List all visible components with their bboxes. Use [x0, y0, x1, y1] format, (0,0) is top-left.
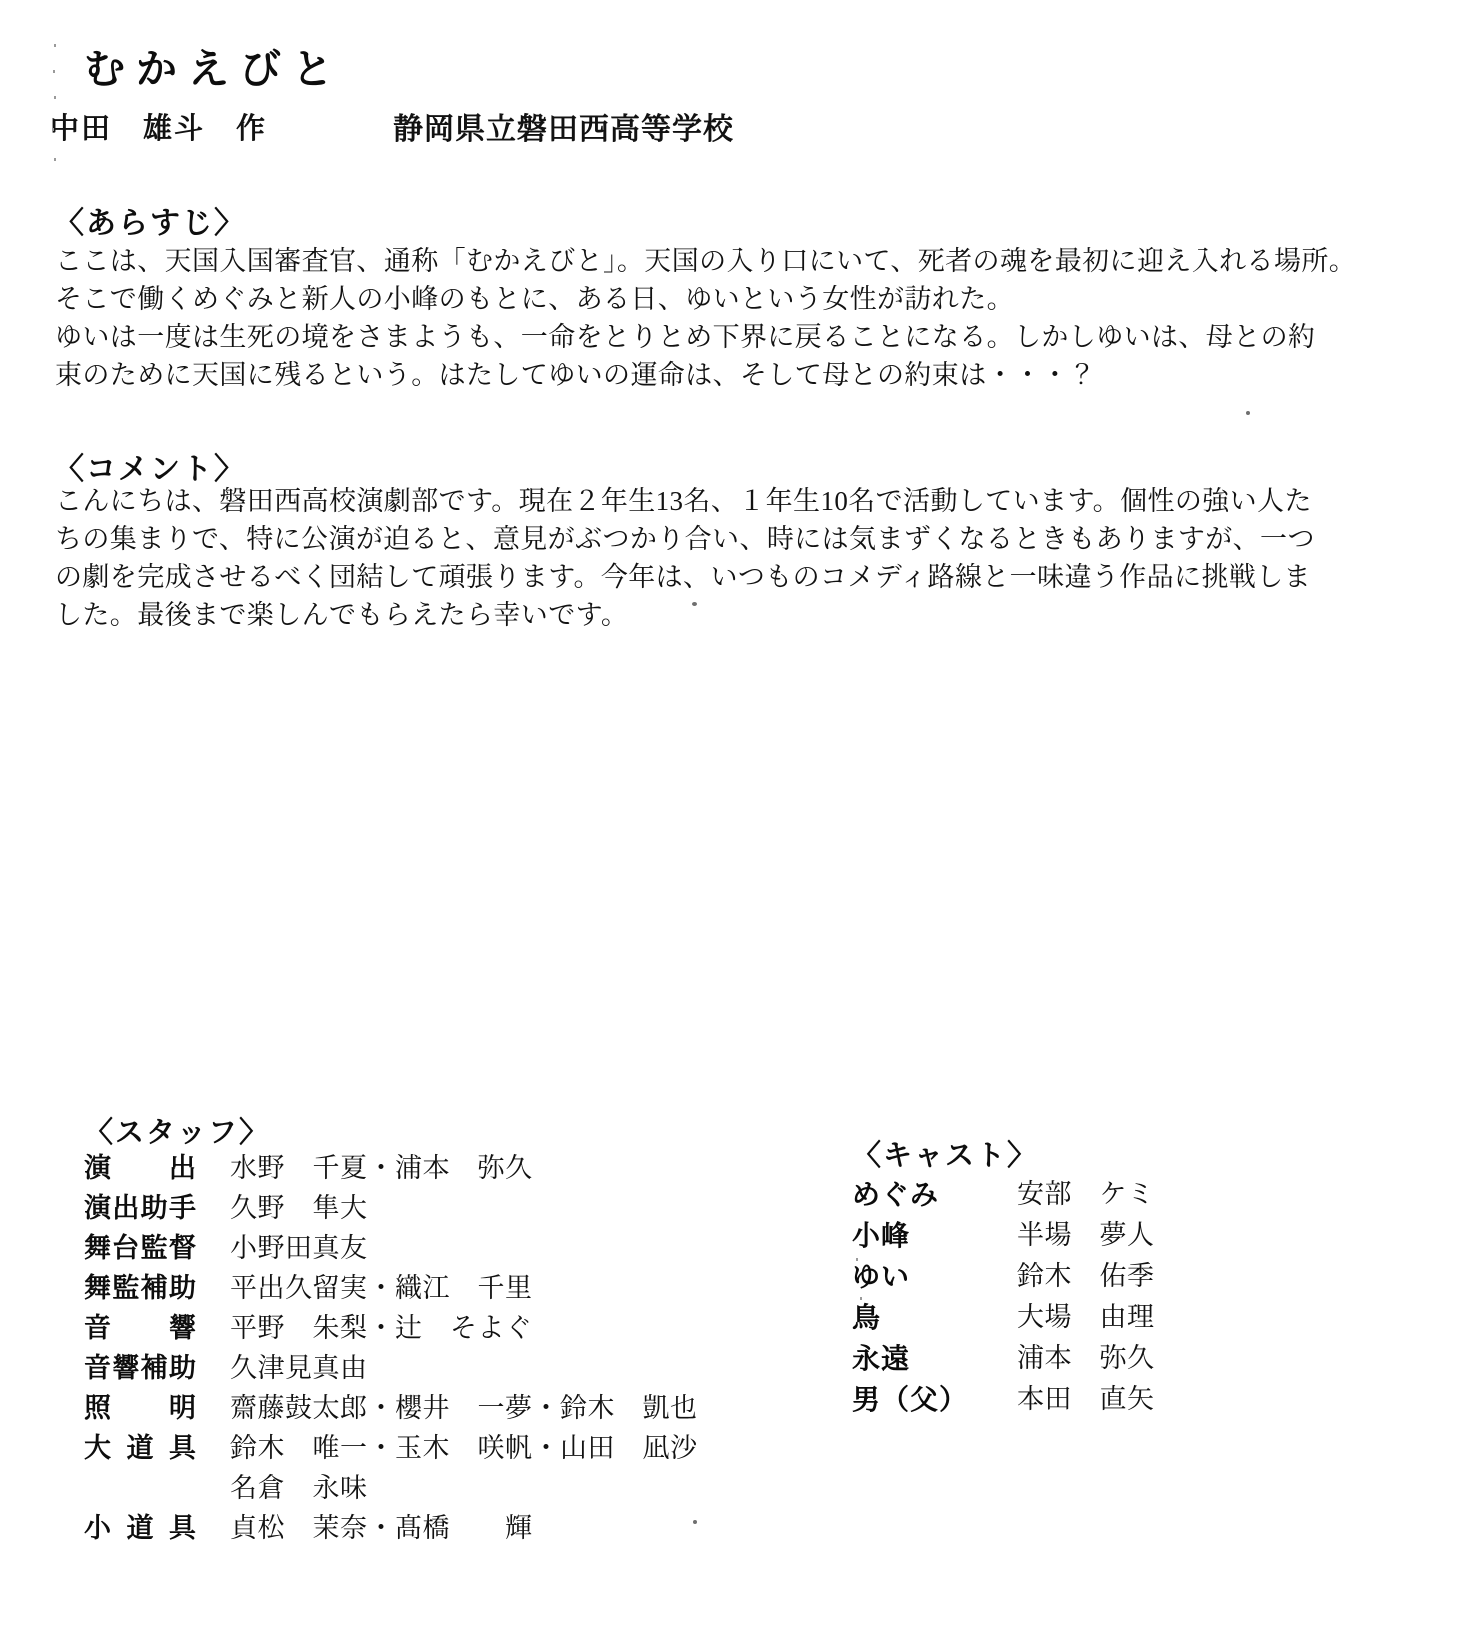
- staff-row: 音響 平野 朱梨・辻 そよぐ: [84, 1308, 698, 1348]
- cast-actor-name: 浦本 弥久: [1017, 1338, 1155, 1379]
- staff-role: 演出: [84, 1148, 196, 1188]
- cast-role: 永遠: [852, 1338, 984, 1379]
- staff-role: 音響: [84, 1308, 196, 1348]
- staff-row-continuation: 名倉 永味: [84, 1468, 698, 1508]
- staff-names: 平出久留実・織江 千里: [230, 1268, 533, 1308]
- cast-row: 鳥 大場 由理: [852, 1297, 1155, 1338]
- cast-row: 小峰 半場 夢人: [852, 1215, 1155, 1256]
- cast-heading: 〈キャスト〉: [852, 1133, 1038, 1174]
- scan-speck: [1246, 411, 1250, 415]
- school-name: 静岡県立磐田西高等学校: [393, 104, 734, 148]
- staff-row: 大道具 鈴木 唯一・玉木 咲帆・山田 凪沙: [84, 1428, 698, 1468]
- cast-actor-name: 本田 直矢: [1017, 1379, 1155, 1420]
- scan-speck: [856, 1258, 858, 1261]
- scan-speck: [693, 1520, 697, 1524]
- cast-actor-name: 鈴木 佑季: [1017, 1256, 1155, 1297]
- scan-speck: [52, 128, 54, 131]
- staff-names: 鈴木 唯一・玉木 咲帆・山田 凪沙: [230, 1428, 698, 1468]
- staff-names: 名倉 永味: [230, 1468, 368, 1508]
- staff-names: 久津見真由: [230, 1348, 368, 1388]
- cast-row: 男（父） 本田 直矢: [852, 1379, 1155, 1420]
- cast-actor-name: 半場 夢人: [1017, 1215, 1155, 1256]
- staff-names: 齋藤鼓太郎・櫻井 一夢・鈴木 凱也: [230, 1388, 698, 1428]
- cast-role: めぐみ: [852, 1174, 984, 1215]
- staff-row: 演出助手 久野 隼大: [84, 1188, 698, 1228]
- staff-role: 小道具: [84, 1508, 196, 1548]
- staff-list: 演出 水野 千夏・浦本 弥久 演出助手 久野 隼大 舞台監督 小野田真友 舞監補…: [84, 1148, 698, 1548]
- staff-role: 照明: [84, 1388, 196, 1428]
- scan-speck: [860, 1297, 862, 1300]
- synopsis-line: そこで働くめぐみと新人の小峰のもとに、ある日、ゆいという女性が訪れた。: [55, 280, 1400, 318]
- staff-row: 小道具 貞松 茉奈・髙橋 輝: [84, 1508, 698, 1548]
- staff-role: 音響補助: [84, 1348, 196, 1388]
- synopsis-line: ここは、天国入国審査官、通称「むかえびと」。天国の入り口にいて、死者の魂を最初に…: [55, 242, 1400, 280]
- staff-names: 貞松 茉奈・髙橋 輝: [230, 1508, 533, 1548]
- staff-names: 久野 隼大: [230, 1188, 368, 1228]
- cast-row: 永遠 浦本 弥久: [852, 1338, 1155, 1379]
- staff-role: 演出助手: [84, 1188, 196, 1228]
- scan-speck: [54, 44, 56, 47]
- comment-line: こんにちは、磐田西高校演劇部です。現在２年生13名、１年生10名で活動しています…: [55, 482, 1400, 520]
- cast-role: 小峰: [852, 1215, 984, 1256]
- cast-role: 男（父）: [852, 1379, 984, 1420]
- comment-line: した。最後まで楽しんでもらえたら幸いです。: [55, 596, 1400, 634]
- scan-speck: [54, 96, 56, 99]
- staff-heading: 〈スタッフ〉: [84, 1110, 270, 1151]
- staff-row: 舞監補助 平出久留実・織江 千里: [84, 1268, 698, 1308]
- comment-line: ちの集まりで、特に公演が迫ると、意見がぶつかり合い、時には気まずくなるときもあり…: [55, 520, 1400, 558]
- cast-role: ゆい: [852, 1256, 984, 1297]
- staff-names: 小野田真友: [230, 1228, 368, 1268]
- comment-line: の劇を完成させるべく団結して頑張ります。今年は、いつものコメディ路線と一味違う作…: [55, 558, 1400, 596]
- cast-list: めぐみ 安部 ケミ 小峰 半場 夢人 ゆい 鈴木 佑季 鳥 大場 由理 永遠 浦…: [852, 1174, 1155, 1420]
- staff-row: 舞台監督 小野田真友: [84, 1228, 698, 1268]
- staff-row: 演出 水野 千夏・浦本 弥久: [84, 1148, 698, 1188]
- staff-names: 水野 千夏・浦本 弥久: [230, 1148, 533, 1188]
- synopsis-text: ここは、天国入国審査官、通称「むかえびと」。天国の入り口にいて、死者の魂を最初に…: [55, 242, 1400, 394]
- staff-names: 平野 朱梨・辻 そよぐ: [230, 1308, 533, 1348]
- scan-speck: [53, 70, 55, 73]
- play-title: むかえびと: [84, 36, 344, 95]
- author-credit: 中田 雄斗 作: [50, 106, 267, 147]
- cast-row: めぐみ 安部 ケミ: [852, 1174, 1155, 1215]
- scan-speck: [692, 602, 697, 606]
- cast-actor-name: 大場 由理: [1017, 1297, 1155, 1338]
- synopsis-line: ゆいは一度は生死の境をさまようも、一命をとりとめ下界に戻ることになる。しかしゆい…: [55, 318, 1400, 356]
- comment-text: こんにちは、磐田西高校演劇部です。現在２年生13名、１年生10名で活動しています…: [55, 482, 1400, 634]
- scan-speck: [54, 158, 56, 161]
- synopsis-heading: 〈あらすじ〉: [54, 198, 246, 242]
- cast-actor-name: 安部 ケミ: [1017, 1174, 1155, 1215]
- cast-row: ゆい 鈴木 佑季: [852, 1256, 1155, 1297]
- synopsis-line: 束のために天国に残るという。はたしてゆいの運命は、そして母との約束は・・・？: [55, 356, 1400, 394]
- scanned-program-page: { "page": { "title": "むかえびと", "author": …: [0, 0, 1482, 1629]
- staff-role: 大道具: [84, 1428, 196, 1468]
- staff-role: 舞監補助: [84, 1268, 196, 1308]
- staff-row: 照明 齋藤鼓太郎・櫻井 一夢・鈴木 凱也: [84, 1388, 698, 1428]
- staff-role: 舞台監督: [84, 1228, 196, 1268]
- cast-role: 鳥: [852, 1297, 984, 1338]
- staff-row: 音響補助 久津見真由: [84, 1348, 698, 1388]
